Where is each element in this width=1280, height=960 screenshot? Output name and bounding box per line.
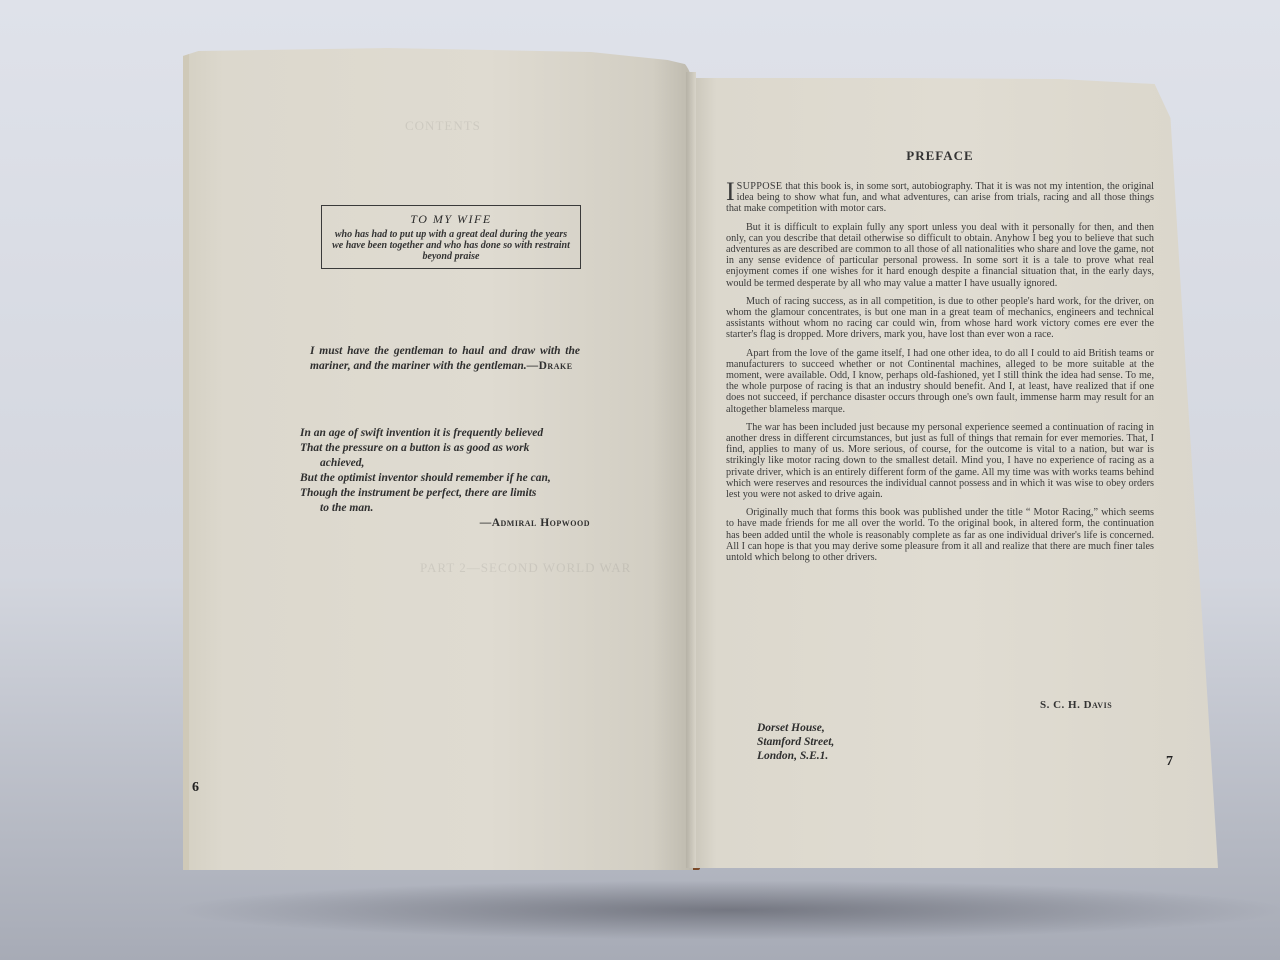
verse-line: But the optimist inventor should remembe… bbox=[300, 471, 590, 486]
preface-paragraph: ISUPPOSE that this book is, in some sort… bbox=[726, 181, 1154, 215]
epigraph-drake-attribution: —Drake bbox=[527, 360, 573, 372]
book-gutter bbox=[686, 72, 696, 868]
verse-line: In an age of swift invention it is frequ… bbox=[300, 426, 590, 441]
preface-text: that this book is, in some sort, autobio… bbox=[726, 181, 1154, 214]
table-shadow bbox=[170, 880, 1280, 940]
drop-cap: I bbox=[726, 181, 735, 203]
preface-paragraph: Apart from the love of the game itself, … bbox=[726, 348, 1154, 415]
show-through-text: PART 2—SECOND WORLD WAR bbox=[420, 560, 631, 576]
author-signature: S. C. H. Davis bbox=[1040, 699, 1112, 711]
preface-paragraph: Originally much that forms this book was… bbox=[726, 507, 1154, 563]
verse-line: That the pressure on a button is as good… bbox=[300, 441, 590, 456]
verse-line: to the man. bbox=[300, 501, 590, 516]
preface-title: PREFACE bbox=[720, 148, 1160, 164]
page-number-left: 6 bbox=[192, 780, 199, 796]
show-through-text: CONTENTS bbox=[405, 118, 481, 134]
preface-paragraph: The war has been included just because m… bbox=[726, 422, 1154, 500]
epigraph-hopwood: In an age of swift invention it is frequ… bbox=[300, 426, 590, 531]
preface-paragraph: Much of racing success, as in all compet… bbox=[726, 296, 1154, 341]
address-line: Dorset House, bbox=[757, 721, 834, 735]
page-edge bbox=[183, 48, 189, 870]
epigraph-drake: I must have the gentleman to haul and dr… bbox=[310, 344, 580, 374]
address-line: London, S.E.1. bbox=[757, 749, 834, 763]
dedication-title: TO MY WIFE bbox=[322, 212, 580, 227]
epigraph-hopwood-attribution: —Admiral Hopwood bbox=[300, 516, 590, 531]
page-number-right: 7 bbox=[1166, 754, 1173, 770]
author-address: Dorset House, Stamford Street, London, S… bbox=[757, 721, 834, 763]
preface-paragraph: But it is difficult to explain fully any… bbox=[726, 222, 1154, 289]
address-line: Stamford Street, bbox=[757, 735, 834, 749]
dedication-text: who has had to put up with a great deal … bbox=[322, 229, 580, 262]
dedication-box: TO MY WIFE who has had to put up with a … bbox=[321, 205, 581, 269]
lead-word: SUPPOSE bbox=[737, 181, 783, 192]
verse-line: Though the instrument be perfect, there … bbox=[300, 486, 590, 501]
verse-line: achieved, bbox=[300, 456, 590, 471]
preface-body: ISUPPOSE that this book is, in some sort… bbox=[726, 181, 1154, 570]
